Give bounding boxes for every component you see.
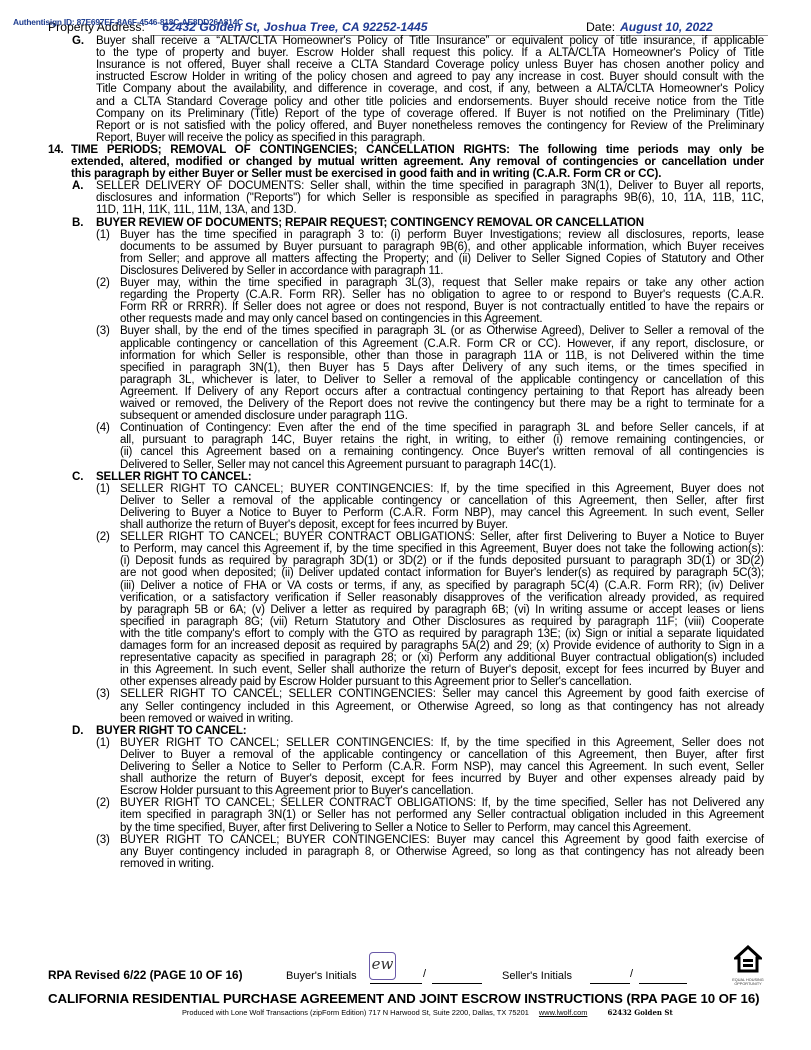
section-14b-item-line: Disclosures Delivered by Seller in accor… — [120, 265, 764, 277]
section-14d-item-number: (2) — [96, 797, 110, 809]
section-14d-item-line: shall authorize the return of Buyer's de… — [120, 773, 764, 785]
file-tag: 62432 Golden St — [607, 1008, 672, 1017]
section-14c-item-line: Delivering to Buyer a Notice to Buyer to… — [120, 507, 764, 519]
equal-housing-caption: EQUAL HOUSING OPPORTUNITY — [728, 978, 768, 986]
section-14b-item-line: waived or removed, the Delivery of the R… — [120, 398, 764, 410]
section-14-line: extended, altered, modified or changed b… — [71, 156, 764, 168]
section-14c-item-line: by paragraph 5B or 6A; (v) Deliver a let… — [120, 604, 764, 616]
section-14b-item-line: Buyer may, within the time specified in … — [120, 277, 764, 289]
section-g-line: instructed Escrow Holder in writing of t… — [96, 71, 764, 83]
section-14c-item-number: (2) — [96, 531, 110, 543]
section-g-line: Title Company about the availability, an… — [96, 83, 764, 95]
section-14d-item-line: item specified in paragraph 3N(1) or Sel… — [120, 809, 764, 821]
section-g-line: Insurance is not offered, Buyer shall re… — [96, 59, 764, 71]
section-14c-item-line: in this Agreement. In such event, Seller… — [120, 664, 764, 676]
document-page: Authentisign ID: 87E697EF-8A6F-4546-818C… — [0, 0, 811, 1050]
buyer-initials-line-1[interactable] — [370, 983, 422, 984]
section-14d-item-number: (1) — [96, 737, 110, 749]
equal-housing-logo: EQUAL HOUSING OPPORTUNITY — [728, 945, 768, 987]
section-g-line: Report, Buyer will receive the policy as… — [96, 132, 764, 144]
section-14d-heading: BUYER RIGHT TO CANCEL: — [96, 725, 764, 737]
section-14-line: TIME PERIODS; REMOVAL OF CONTINGENCIES; … — [71, 144, 764, 156]
section-14b-letter: B. — [72, 217, 83, 229]
section-14d-item-line: removed in writing. — [120, 858, 764, 870]
section-g-line: Buyer shall receive a “ALTA/CLTA Homeown… — [96, 35, 764, 47]
section-14b-item-line: Buyer shall, by the end of the times spe… — [120, 325, 764, 337]
section-14c-item-number: (1) — [96, 483, 110, 495]
section-14c-item-line: any Seller contingency included in this … — [120, 701, 764, 713]
seller-initials-line-2[interactable] — [639, 983, 687, 984]
section-14c-item-line: to Perform, may cancel this Agreement if… — [120, 543, 764, 555]
section-14b-item-line: subsequent or amended disclosure under p… — [120, 410, 764, 422]
section-14c-item-line: (iii) Deliver a notice of FHA or VA cost… — [120, 580, 764, 592]
section-g-letter: G. — [72, 35, 84, 47]
section-14c-item-line: SELLER RIGHT TO CANCEL; BUYER CONTINGENC… — [120, 483, 764, 495]
form-revision: RPA Revised 6/22 (PAGE 10 OF 16) — [48, 968, 243, 982]
section-14a-line: SELLER DELIVERY OF DOCUMENTS: Seller sha… — [96, 180, 764, 192]
section-14c-item-line: other expenses already paid by Escrow Ho… — [120, 676, 764, 688]
section-14c-item-line: with the title company's effort to compl… — [120, 628, 764, 640]
section-14b-item-line: information for which Seller is responsi… — [120, 350, 764, 362]
section-14a-letter: A. — [72, 180, 83, 192]
section-14b-item-line: all, pursuant to paragraph 14C, Buyer re… — [120, 434, 764, 446]
section-14d-item-line: Delivering to Seller a Notice to Seller … — [120, 761, 764, 773]
section-14d-item-line: Deliver to Buyer a removal of the applic… — [120, 749, 764, 761]
section-14b-item-line: Delivered to Seller, Seller may not canc… — [120, 459, 764, 471]
section-14b-heading: BUYER REVIEW OF DOCUMENTS; REPAIR REQUES… — [96, 217, 764, 229]
date-label: Date: — [586, 20, 615, 34]
section-14a-line: disclosures and information ("Reports") … — [96, 192, 764, 204]
section-14b-item-number: (1) — [96, 229, 110, 241]
section-14c-item-line: specified in paragraph 8G; (vii) Return … — [120, 616, 764, 628]
section-14c-item-line: been removed or waived in writing. — [120, 713, 764, 725]
produced-with-line: Produced with Lone Wolf Transactions (zi… — [182, 1008, 673, 1017]
section-14c-item-line: damages form for an increased deposit as… — [120, 640, 764, 652]
section-14d-item-line: BUYER RIGHT TO CANCEL; BUYER CONTINGENCI… — [120, 834, 764, 846]
buyer-initials-slash: / — [423, 968, 426, 980]
section-14c-item-line: are not good when deposited; (ii) Delive… — [120, 567, 764, 579]
section-14c-item-line: SELLER RIGHT TO CANCEL; BUYER CONTRACT O… — [120, 531, 764, 543]
section-14b-item-number: (3) — [96, 325, 110, 337]
section-14c-item-line: shall authorize the return of Buyer's de… — [120, 519, 764, 531]
section-14b-item-line: Agreement. If Delivery of any Report occ… — [120, 386, 764, 398]
section-14c-item-line: (i) Deposit funds as required by paragra… — [120, 555, 764, 567]
section-14c-letter: C. — [72, 471, 83, 483]
seller-initials-label: Seller's Initials — [502, 970, 572, 982]
section-g-line: and a CLTA Standard Coverage policy and … — [96, 96, 764, 108]
equal-housing-icon — [734, 945, 762, 973]
section-14c-item-number: (3) — [96, 688, 110, 700]
section-14b-item-line: applicable contingency or cancellation o… — [120, 338, 764, 350]
section-14d-item-line: Escrow Holder pursuant to this Agreement… — [120, 785, 764, 797]
section-14d-letter: D. — [72, 725, 83, 737]
form-title: CALIFORNIA RESIDENTIAL PURCHASE AGREEMEN… — [48, 991, 759, 1006]
section-g-line: to the type of property and buyer. Escro… — [96, 47, 764, 59]
buyer-initials-signature[interactable]: ew — [369, 952, 396, 980]
section-14c-item-line: representative capacity as specified in … — [120, 652, 764, 664]
seller-initials-slash: / — [630, 968, 633, 980]
section-14b-item-line: other requests made and may only cancel … — [120, 313, 764, 325]
section-14c-item-line: Deliver to Seller a removal of the appli… — [120, 495, 764, 507]
section-14d-item-number: (3) — [96, 834, 110, 846]
section-14b-item-line: from Seller; and approve all matters aff… — [120, 253, 764, 265]
lwolf-link[interactable]: www.lwolf.com — [539, 1008, 587, 1017]
section-14a-line: 11D, 11H, 11K, 11L, 11M, 13A, and 13D. — [96, 204, 764, 216]
section-14b-item-line: Form RR or RRRR). If Seller does not agr… — [120, 301, 764, 313]
section-14d-item-line: BUYER RIGHT TO CANCEL; SELLER CONTINGENC… — [120, 737, 764, 749]
section-14b-item-line: Continuation of Contingency: Even after … — [120, 422, 764, 434]
section-14b-item-line: paragraph 3L, whichever is later, to Del… — [120, 374, 764, 386]
section-14b-item-number: (2) — [96, 277, 110, 289]
buyer-initials-line-2[interactable] — [432, 983, 482, 984]
section-14d-item-line: BUYER RIGHT TO CANCEL; SELLER CONTRACT O… — [120, 797, 764, 809]
section-14d-item-line: any Buyer contingency included in paragr… — [120, 846, 764, 858]
section-14d-item-line: by the time specified, Buyer, after firs… — [120, 822, 764, 834]
section-14c-item-line: verification, or a satisfactory verifica… — [120, 592, 764, 604]
section-14-line: this paragraph by either Buyer or Seller… — [71, 168, 764, 180]
section-14b-item-number: (4) — [96, 422, 110, 434]
section-14b-item-line: documents to be assumed by Buyer pursuan… — [120, 241, 764, 253]
section-14c-heading: SELLER RIGHT TO CANCEL: — [96, 471, 764, 483]
section-14b-item-line: Buyer has the time specified in paragrap… — [120, 229, 764, 241]
section-14b-item-line: (ii) cancel this Agreement based on a re… — [120, 446, 764, 458]
section-g-line: Company on its Preliminary (Title) Repor… — [96, 108, 764, 120]
section-14c-item-line: SELLER RIGHT TO CANCEL; SELLER CONTINGEN… — [120, 688, 764, 700]
seller-initials-line-1[interactable] — [590, 983, 630, 984]
section-14b-item-line: specified in paragraph 3N(1), then Buyer… — [120, 362, 764, 374]
authsign-id: Authentisign ID: 87E697EF-8A6F-4546-818C… — [13, 17, 243, 27]
section-14b-item-line: regarding the Property (C.A.R. Form RR).… — [120, 289, 764, 301]
section-g-line: Report or is not satisfied with the poli… — [96, 120, 764, 132]
date-value: August 10, 2022 — [620, 20, 713, 34]
producer-text: Produced with Lone Wolf Transactions (zi… — [182, 1008, 529, 1017]
section-14-number: 14. — [48, 144, 64, 156]
buyer-initials-label: Buyer's Initials — [286, 970, 357, 982]
